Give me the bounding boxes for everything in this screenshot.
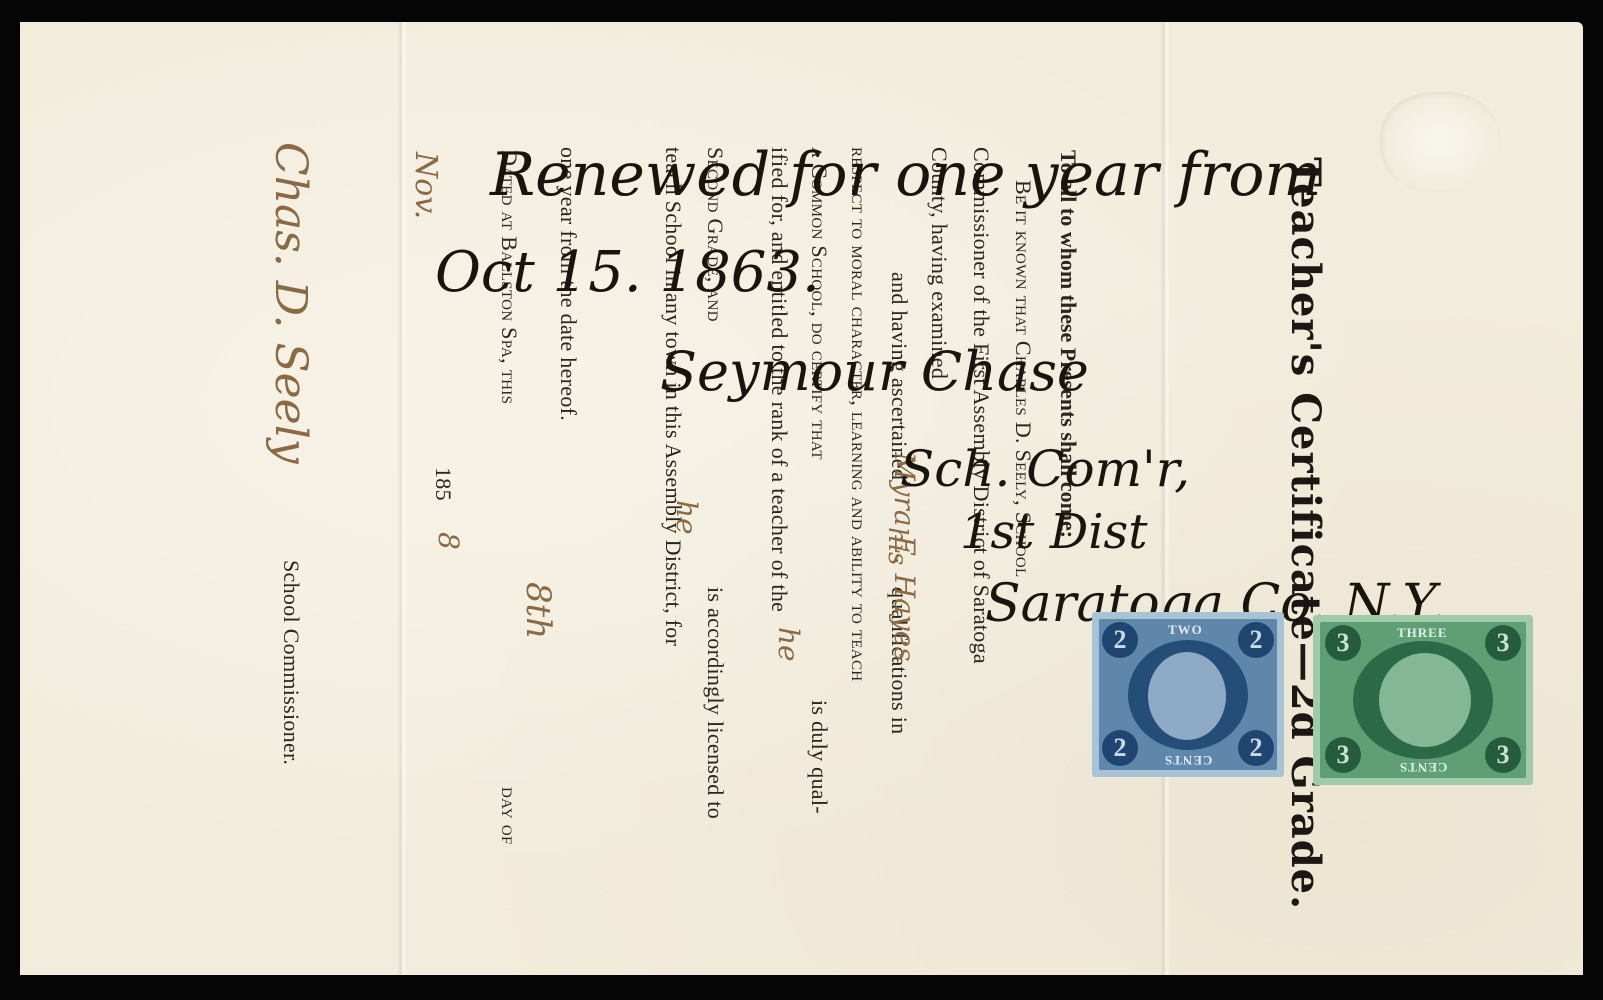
stamp-2c-corner: 2: [1238, 622, 1274, 658]
stamp-3c-word: THREE: [1397, 625, 1448, 641]
stamp-3c-corner: 3: [1325, 625, 1361, 661]
body-line-5: respect to moral character, learning and…: [846, 147, 872, 681]
stamp-2c-word: TWO: [1168, 622, 1203, 638]
handwritten-pronoun-2: he: [670, 500, 703, 535]
handwritten-pronoun-1: he: [772, 627, 805, 662]
renewal-line-2: Oct 15. 1863.: [435, 240, 820, 305]
stamp-3c-corner: 3: [1485, 737, 1521, 773]
handwritten-year-suffix: 8: [432, 532, 465, 550]
revenue-stamp-2c: 2 2 2 2 TWO CENTS: [1092, 612, 1284, 777]
handwritten-month: Nov.: [408, 152, 443, 219]
revenue-stamp-3c: 3 3 3 3 THREE CENTS: [1313, 615, 1533, 785]
stamp-3c-corner: 3: [1325, 737, 1361, 773]
embossed-seal: [1380, 92, 1500, 192]
stamp-2c-unit: CENTS: [1164, 752, 1212, 768]
stamp-2c-corner: 2: [1238, 730, 1274, 766]
handwritten-pronoun-his: his: [882, 527, 912, 565]
stamp-2c-corner: 2: [1102, 622, 1138, 658]
certificate-paper: Teacher's Certificate—2d Grade. To all t…: [20, 22, 1583, 975]
stamp-3c-unit: CENTS: [1399, 759, 1447, 775]
year-prefix: 185: [430, 467, 456, 501]
commissioner-signature: Chas. D. Seely: [265, 142, 316, 464]
certificate-title: Teacher's Certificate—2d Grade.: [1282, 157, 1329, 910]
stamp-3c-corner: 3: [1485, 625, 1521, 661]
handwritten-day: 8th: [518, 582, 558, 639]
body-fragment-duly-qual: is duly qual-: [806, 700, 832, 814]
renewal-line-1: Renewed for one year from: [490, 140, 1321, 210]
renewal-signature: Seymour Chase: [660, 340, 1089, 403]
fold-line: [397, 22, 407, 975]
signature-title: School Commissioner.: [278, 560, 304, 765]
renewal-title: Sch. Com'r,: [900, 440, 1190, 498]
day-of-label: day of: [496, 787, 522, 845]
renewal-district: 1st Dist: [960, 504, 1147, 560]
body-fragment-accordingly: is accordingly licensed to: [702, 587, 728, 819]
stamp-2c-corner: 2: [1102, 730, 1138, 766]
